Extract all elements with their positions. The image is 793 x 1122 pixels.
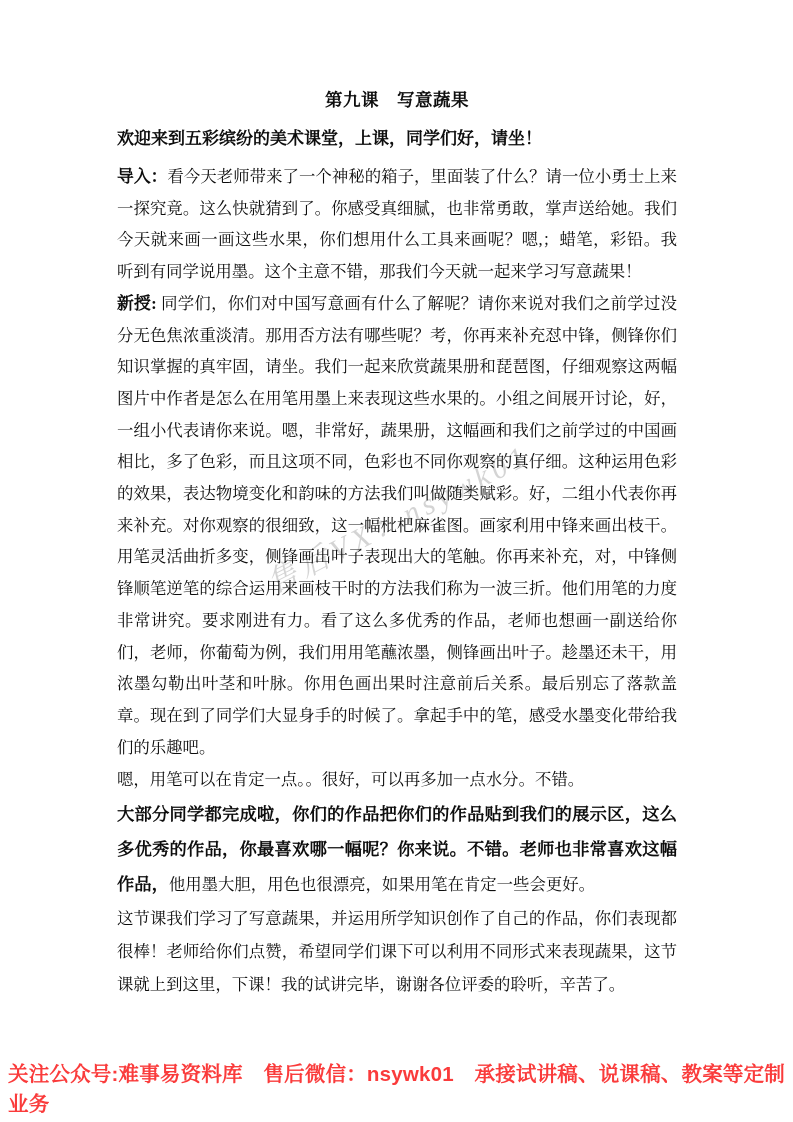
showcase-normal-text: 他用墨大胆，用色也很漂亮，如果用笔在肯定一些会更好。: [169, 875, 595, 894]
welcome-line: 欢迎来到五彩缤纷的美术课堂，上课，同学们好，请坐！: [117, 126, 677, 152]
new-lesson-label: 新授:: [117, 294, 161, 313]
paragraph-new-lesson: 新授: 同学们，你们对中国写意画有什么了解呢？请你来说对我们之前学过没分无色焦浓…: [117, 288, 677, 764]
paragraph-closing: 这节课我们学习了写意蔬果，并运用所学知识创作了自己的作品，你们表现都很棒！老师给…: [117, 902, 677, 1001]
intro-label: 导入：: [117, 167, 167, 186]
footer-promo-banner: 关注公众号:难事易资料库 售后微信：nsywk01 承接试讲稿、说课稿、教案等定…: [8, 1057, 787, 1117]
document-content: 第九课 写意蔬果 欢迎来到五彩缤纷的美术课堂，上课，同学们好，请坐！ 导入：看今…: [117, 88, 677, 1001]
paragraph-showcase: 大部分同学都完成啦，你们的作品把你们的作品贴到我们的展示区，这么多优秀的作品，你…: [117, 798, 677, 902]
document-title: 第九课 写意蔬果: [117, 88, 677, 112]
paragraph-intro: 导入：看今天老师带来了一个神秘的箱子，里面装了什么？请一位小勇士上来一探究竟。这…: [117, 161, 677, 288]
new-lesson-text: 同学们，你们对中国写意画有什么了解呢？请你来说对我们之前学过没分无色焦浓重淡清。…: [117, 294, 677, 757]
paragraph-feedback: 嗯，用笔可以在肯定一点。。很好，可以再多加一点水分。不错。: [117, 764, 677, 796]
document-page: 售后VX：nsywk01 第九课 写意蔬果 欢迎来到五彩缤纷的美术课堂，上课，同…: [0, 0, 793, 1122]
intro-text: 看今天老师带来了一个神秘的箱子，里面装了什么？请一位小勇士上来一探究竟。这么快就…: [117, 167, 677, 281]
